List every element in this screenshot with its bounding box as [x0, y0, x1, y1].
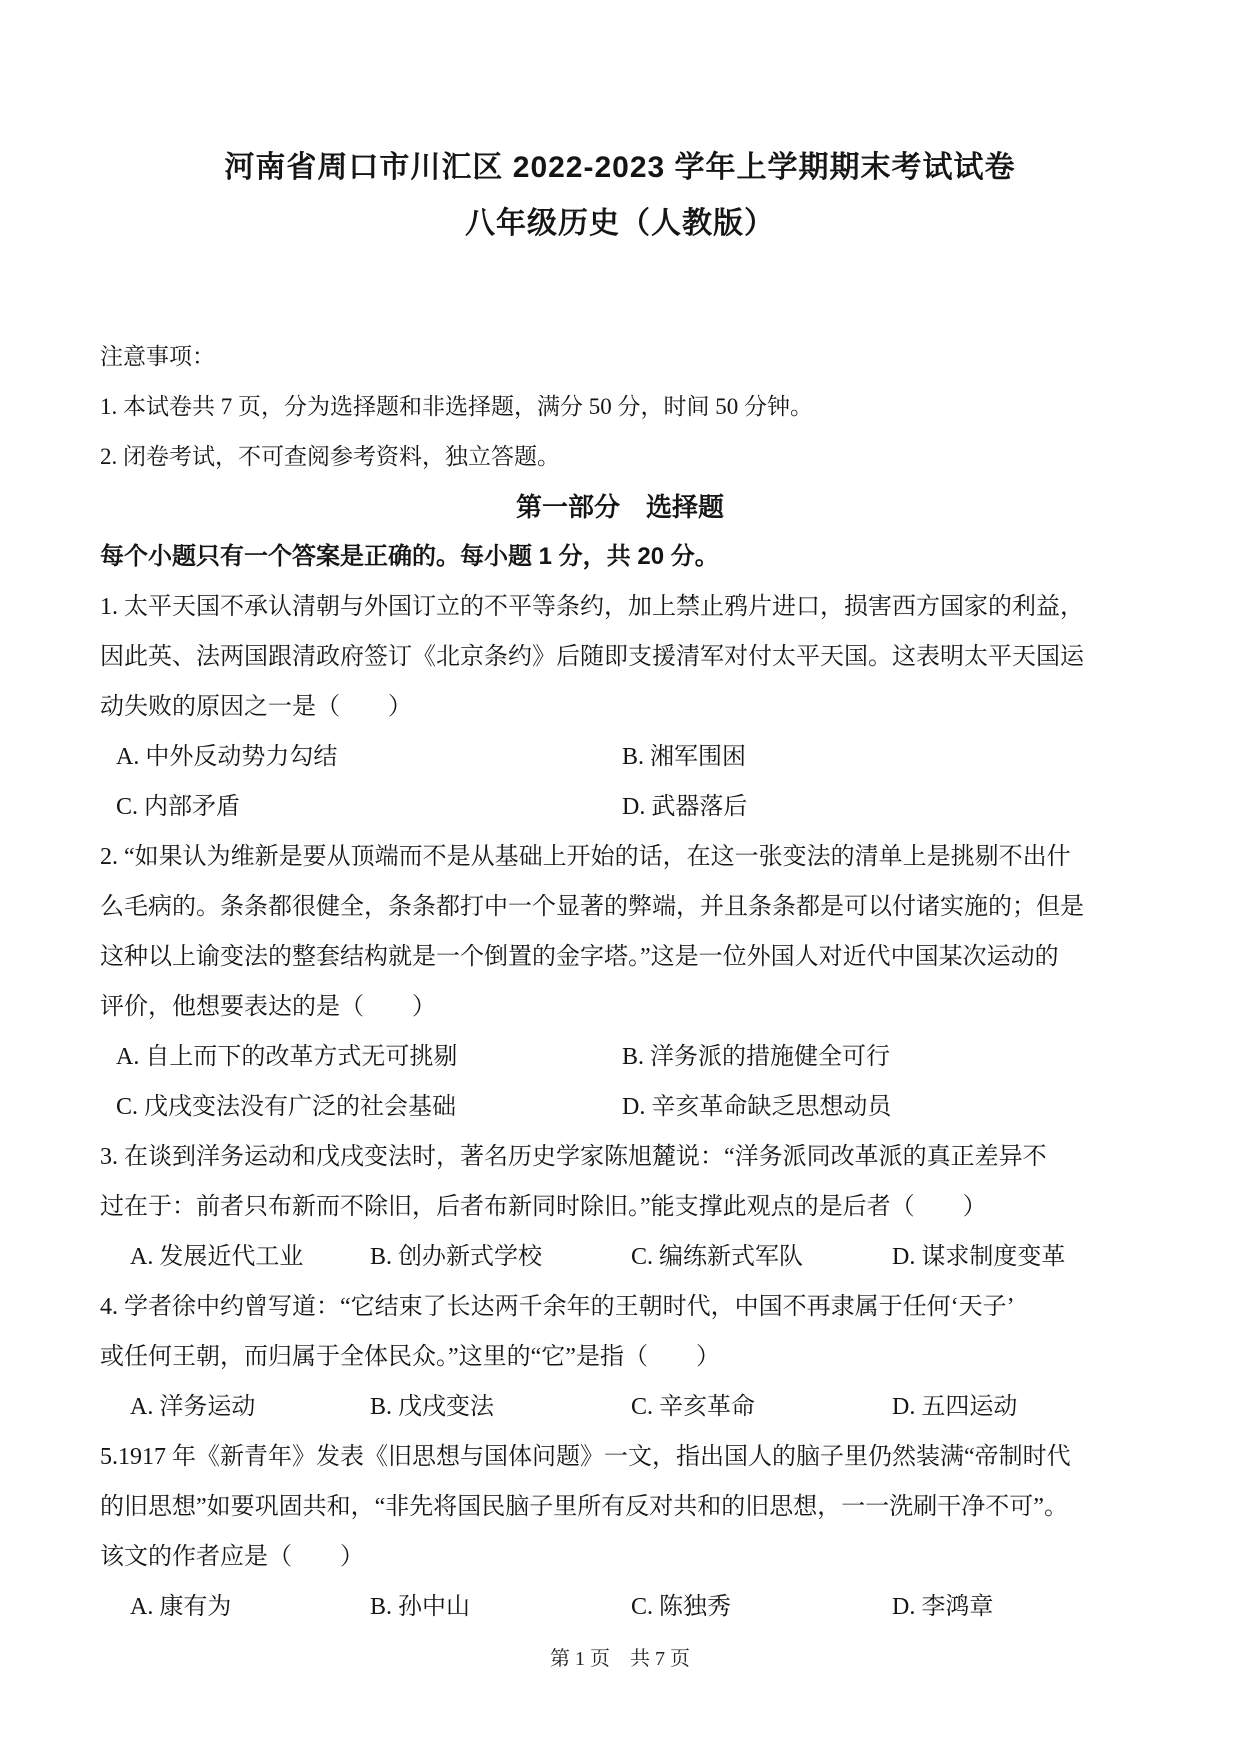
notice-heading: 注意事项：: [100, 332, 1140, 382]
question-4-option-d: D. 五四运动: [892, 1382, 1017, 1432]
question-4-option-a: A. 洋务运动: [130, 1382, 364, 1432]
question-2-stem-line: 这种以上谕变法的整套结构就是一个倒置的金字塔。”这是一位外国人对近代中国某次运动…: [100, 932, 1140, 982]
question-1: 1. 太平天国不承认清朝与外国订立的不平等条约，加上禁止鸦片进口，损害西方国家的…: [100, 582, 1140, 832]
page-number-indicator: 第 1 页 共 7 页: [100, 1642, 1140, 1676]
question-4-option-c: C. 辛亥革命: [631, 1382, 886, 1432]
question-1-option-c: C. 内部矛盾: [116, 782, 616, 832]
question-1-option-b: B. 湘军围困: [622, 732, 746, 782]
question-5: 5.1917 年《新青年》发表《旧思想与国体问题》一文，指出国人的脑子里仍然装满…: [100, 1432, 1140, 1632]
question-3-stem-line: 3. 在谈到洋务运动和戊戌变法时，著名历史学家陈旭麓说：“洋务派同改革派的真正差…: [100, 1132, 1140, 1182]
question-1-options-row-2: C. 内部矛盾 D. 武器落后: [100, 782, 1140, 832]
question-2-options-row-2: C. 戊戌变法没有广泛的社会基础 D. 辛亥革命缺乏思想动员: [100, 1082, 1140, 1132]
question-5-option-a: A. 康有为: [130, 1582, 364, 1632]
question-2-option-d: D. 辛亥革命缺乏思想动员: [622, 1082, 891, 1132]
question-2-stem-line: 评价，他想要表达的是（ ）: [100, 982, 1140, 1032]
question-3-stem-line: 过在于：前者只布新而不除旧，后者布新同时除旧。”能支撑此观点的是后者（ ）: [100, 1182, 1140, 1232]
question-5-option-b: B. 孙中山: [370, 1582, 625, 1632]
question-2-stem-line: 2. “如果认为维新是要从顶端而不是从基础上开始的话，在这一张变法的清单上是挑剔…: [100, 832, 1140, 882]
question-1-stem-line: 动失败的原因之一是（ ）: [100, 682, 1140, 732]
question-4-stem-line: 4. 学者徐中约曾写道：“它结束了长达两千余年的王朝时代，中国不再隶属于任何‘天…: [100, 1282, 1140, 1332]
question-3-option-a: A. 发展近代工业: [130, 1232, 364, 1282]
question-5-options-row: A. 康有为 B. 孙中山 C. 陈独秀 D. 李鸿章: [100, 1582, 1140, 1632]
exam-paper-page: 河南省周口市川汇区 2022-2023 学年上学期期末考试试卷 八年级历史（人教…: [0, 0, 1240, 1753]
question-3-options-row: A. 发展近代工业 B. 创办新式学校 C. 编练新式军队 D. 谋求制度变革: [100, 1232, 1140, 1282]
question-1-options-row-1: A. 中外反动势力勾结 B. 湘军围困: [100, 732, 1140, 782]
question-5-option-c: C. 陈独秀: [631, 1582, 886, 1632]
question-2-option-a: A. 自上而下的改革方式无可挑剔: [116, 1032, 616, 1082]
question-1-stem-line: 因此英、法两国跟清政府签订《北京条约》后随即支援清军对付太平天国。这表明太平天国…: [100, 632, 1140, 682]
question-2-option-c: C. 戊戌变法没有广泛的社会基础: [116, 1082, 616, 1132]
question-4-stem-line: 或任何王朝，而归属于全体民众。”这里的“它”是指（ ）: [100, 1332, 1140, 1382]
notice-item-2: 2. 闭卷考试，不可查阅参考资料，独立答题。: [100, 432, 1140, 482]
question-4: 4. 学者徐中约曾写道：“它结束了长达两千余年的王朝时代，中国不再隶属于任何‘天…: [100, 1282, 1140, 1432]
exam-notice: 注意事项： 1. 本试卷共 7 页，分为选择题和非选择题，满分 50 分，时间 …: [100, 332, 1140, 482]
section-instruction: 每个小题只有一个答案是正确的。每小题 1 分，共 20 分。: [100, 532, 1140, 582]
question-1-option-a: A. 中外反动势力勾结: [116, 732, 616, 782]
question-3: 3. 在谈到洋务运动和戊戌变法时，著名历史学家陈旭麓说：“洋务派同改革派的真正差…: [100, 1132, 1140, 1282]
question-4-options-row: A. 洋务运动 B. 戊戌变法 C. 辛亥革命 D. 五四运动: [100, 1382, 1140, 1432]
question-2-stem-line: 么毛病的。条条都很健全，条条都打中一个显著的弊端，并且条条都是可以付诸实施的；但…: [100, 882, 1140, 932]
question-3-option-c: C. 编练新式军队: [631, 1232, 886, 1282]
question-5-stem-line: 该文的作者应是（ ）: [100, 1532, 1140, 1582]
question-5-option-d: D. 李鸿章: [892, 1582, 993, 1632]
question-3-option-b: B. 创办新式学校: [370, 1232, 625, 1282]
question-3-option-d: D. 谋求制度变革: [892, 1232, 1065, 1282]
question-1-option-d: D. 武器落后: [622, 782, 747, 832]
question-2: 2. “如果认为维新是要从顶端而不是从基础上开始的话，在这一张变法的清单上是挑剔…: [100, 832, 1140, 1132]
question-4-option-b: B. 戊戌变法: [370, 1382, 625, 1432]
paper-header: 河南省周口市川汇区 2022-2023 学年上学期期末考试试卷 八年级历史（人教…: [100, 148, 1140, 244]
paper-title-line2: 八年级历史（人教版）: [100, 204, 1140, 244]
question-5-stem-line: 5.1917 年《新青年》发表《旧思想与国体问题》一文，指出国人的脑子里仍然装满…: [100, 1432, 1140, 1482]
section-heading-part1: 第一部分 选择题: [100, 482, 1140, 532]
question-1-stem-line: 1. 太平天国不承认清朝与外国订立的不平等条约，加上禁止鸦片进口，损害西方国家的…: [100, 582, 1140, 632]
paper-title-line1: 河南省周口市川汇区 2022-2023 学年上学期期末考试试卷: [100, 148, 1140, 188]
question-5-stem-line: 的旧思想”如要巩固共和，“非先将国民脑子里所有反对共和的旧思想，一一洗刷干净不可…: [100, 1482, 1140, 1532]
question-2-option-b: B. 洋务派的措施健全可行: [622, 1032, 890, 1082]
question-2-options-row-1: A. 自上而下的改革方式无可挑剔 B. 洋务派的措施健全可行: [100, 1032, 1140, 1082]
notice-item-1: 1. 本试卷共 7 页，分为选择题和非选择题，满分 50 分，时间 50 分钟。: [100, 382, 1140, 432]
